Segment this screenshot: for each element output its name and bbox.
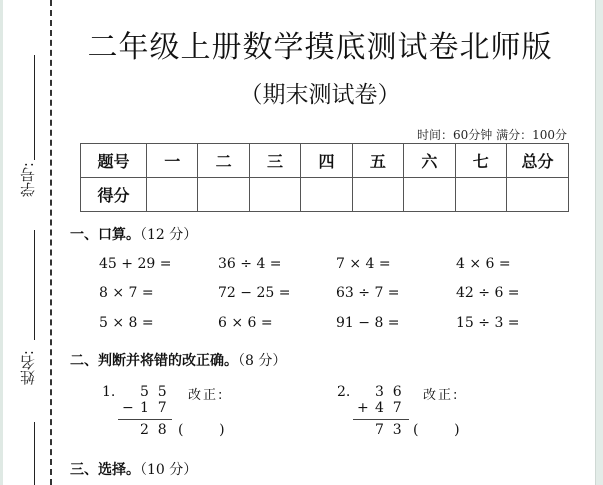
score-cell [249, 178, 300, 212]
score-cell [507, 178, 569, 212]
page-subtitle: （期末测试卷） [70, 76, 570, 109]
header-cell: 五 [352, 144, 403, 178]
section-2-heading: 二、判断并将错的改正确。（8 分） [70, 350, 286, 370]
subtrahend: 1 7 [140, 400, 167, 416]
calc-problem: 45 + 29 = [99, 256, 171, 272]
exam-meta: 时间：60分钟 满分：100分 [417, 126, 567, 143]
name-label: 姓名: [20, 350, 44, 385]
score-row-label: 得分 [81, 178, 147, 212]
score-cell [455, 178, 506, 212]
header-cell: 题号 [81, 144, 147, 178]
section-3-points: （10 分） [140, 462, 197, 478]
score-cell [301, 178, 352, 212]
binding-dashed-line [50, 0, 52, 485]
vertical-problem-1: 1. 5 5 改正: − 1 7 2 8 ( ) [102, 384, 262, 444]
header-cell: 三 [249, 144, 300, 178]
addend-1: 3 6 [375, 384, 402, 400]
fix-label: 改正: [423, 384, 459, 403]
page-edge-left [0, 0, 3, 485]
result: 2 8 [140, 422, 167, 438]
score-table-score-row: 得分 [81, 178, 569, 212]
section-1-points: （12 分） [140, 227, 197, 243]
header-cell: 总分 [507, 144, 569, 178]
score-cell [198, 178, 249, 212]
calc-problem: 7 × 4 = [336, 256, 391, 272]
section-2-title: 二、判断并将错的改正确。 [70, 353, 238, 369]
score-table-header-row: 题号 一 二 三 四 五 六 七 总分 [81, 144, 569, 178]
student-id-label: 学号: [20, 162, 44, 197]
calc-problem: 72 − 25 = [218, 285, 290, 301]
score-cell [147, 178, 198, 212]
calc-problem: 5 × 8 = [99, 315, 154, 331]
addend-2: 4 7 [375, 400, 402, 416]
section-3-title: 三、选择。 [70, 462, 140, 478]
header-cell: 七 [455, 144, 506, 178]
section-1-heading: 一、口算。（12 分） [70, 224, 197, 244]
score-cell [404, 178, 455, 212]
calc-problem: 4 × 6 = [456, 256, 511, 272]
section-3-heading: 三、选择。（10 分） [70, 459, 197, 479]
score-cell [352, 178, 403, 212]
sum-line [118, 419, 172, 420]
scrollbar-track[interactable] [595, 0, 603, 485]
calc-problem: 6 × 6 = [218, 315, 273, 331]
operator-plus: + [357, 400, 369, 416]
result: 7 3 [375, 422, 402, 438]
header-cell: 四 [301, 144, 352, 178]
operator-minus: − [122, 400, 134, 416]
section-1-title: 一、口算。 [70, 227, 140, 243]
fix-label: 改正: [188, 384, 224, 403]
header-cell: 一 [147, 144, 198, 178]
page-title: 二年级上册数学摸底测试卷北师版 [70, 22, 570, 66]
minuend: 5 5 [140, 384, 167, 400]
class-blank-line [34, 422, 35, 485]
sum-line [353, 419, 409, 420]
score-table: 题号 一 二 三 四 五 六 七 总分 得分 [80, 143, 569, 212]
header-cell: 二 [198, 144, 249, 178]
student-id-blank-line [34, 55, 35, 160]
header-cell: 六 [404, 144, 455, 178]
calc-problem: 15 ÷ 3 = [456, 315, 520, 331]
judge-bracket: ( ) [178, 422, 225, 438]
vertical-problem-2: 2. 3 6 改正: + 4 7 7 3 ( ) [337, 384, 497, 444]
problem-index: 2. [337, 384, 350, 400]
calc-problem: 36 ÷ 4 = [218, 256, 282, 272]
calc-problem: 63 ÷ 7 = [336, 285, 400, 301]
calc-problem: 8 × 7 = [99, 285, 154, 301]
name-blank-line [34, 230, 35, 340]
problem-index: 1. [102, 384, 115, 400]
judge-bracket: ( ) [413, 422, 460, 438]
calc-problem: 42 ÷ 6 = [456, 285, 520, 301]
calc-problem: 91 − 8 = [336, 315, 400, 331]
section-2-points: （8 分） [238, 353, 286, 369]
